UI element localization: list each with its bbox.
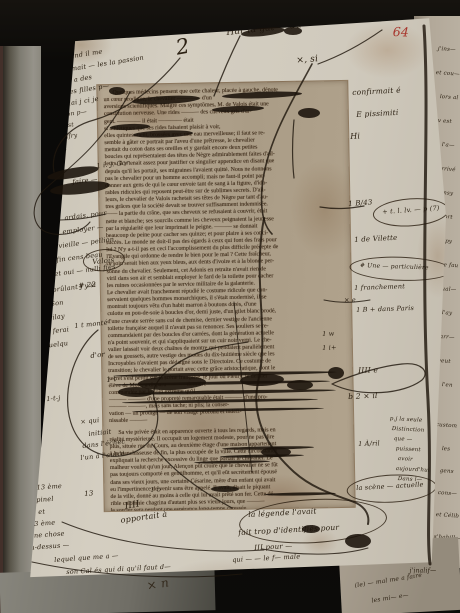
- adjacent-page-writing: arr—: [440, 334, 455, 341]
- bottom-margin-note: 3 ème: [34, 519, 56, 528]
- left-margin-note: + 1-t-j: [38, 394, 61, 404]
- right-margin-note: 1 de Vilette: [354, 234, 398, 244]
- left-margin-note: # 22: [78, 280, 96, 290]
- bottom-margin-note: opportait à: [120, 509, 168, 524]
- left-margin-note: d'or: [90, 350, 106, 360]
- left-margin-note: faire —: [72, 175, 98, 186]
- top-annotation: E pissimiti: [356, 108, 399, 119]
- book-photo: j'ins—et cou—lors alv estl'a—arrivéensyf…: [0, 0, 460, 613]
- top-annotation: Hi: [350, 131, 360, 141]
- adjacent-page-writing: gens: [440, 468, 454, 475]
- right-margin-note: p.j la seule: [390, 416, 423, 424]
- right-margin-note: 1 B + dans Paris: [356, 304, 414, 314]
- right-margin-note: 1 B∕43: [348, 198, 373, 208]
- adjacent-page-writing: les: [442, 446, 451, 453]
- left-margin-note: à ferai: [46, 325, 69, 336]
- sheet-number: 2: [174, 34, 192, 60]
- adjacent-page-writing: les mi— e—: [371, 592, 409, 605]
- left-margin-note: t. i. f: [40, 158, 56, 167]
- right-margin-note: que —: [394, 436, 413, 443]
- right-margin-note: aujourd'hui: [396, 466, 430, 474]
- adjacent-page-writing: et Célib: [436, 512, 460, 520]
- handwritten-x-mark: × n: [146, 575, 170, 592]
- right-margin-note: avoir: [398, 456, 413, 463]
- adjacent-page-writing: l'ay: [442, 310, 453, 317]
- printed-galley-text: Quelques médecins pensent que cette chal…: [96, 80, 355, 512]
- bottom-margin-note: 1 b: [150, 485, 162, 494]
- left-margin-note: quelqu: [44, 339, 69, 350]
- bottom-margin-note: qui — — le f— male: [232, 552, 300, 564]
- left-margin-note: employer —: [62, 223, 104, 236]
- left-margin-note: au est: [54, 121, 74, 131]
- bottom-margin-note: III pour —: [254, 542, 293, 552]
- top-annotation: confirmait é: [352, 85, 401, 97]
- adjacent-page-writing: cons—: [438, 490, 458, 497]
- top-annotation: Har la gat — du: [226, 20, 302, 38]
- top-annotation: Du plai j ci je: [52, 95, 99, 110]
- right-margin-note: 1 i+: [322, 343, 337, 352]
- corrected-proof-page: 64 2 Quelques médecins pensent que cette…: [26, 16, 446, 588]
- adjacent-page-writing: et cou—: [436, 70, 460, 78]
- right-margin-note: 1 w: [322, 330, 335, 338]
- adjacent-page-writing: j'inalif—: [410, 567, 437, 574]
- right-margin-note: IIII e: [358, 365, 378, 375]
- right-margin-note: Distinction: [392, 426, 425, 434]
- right-margin-note: 1 franchement: [354, 282, 405, 292]
- left-margin-note: Son: [50, 298, 64, 308]
- left-margin-note: peu fafry: [48, 132, 78, 143]
- adjacent-page-writing: custom: [436, 422, 458, 429]
- adjacent-page-writing: j'ins—: [438, 46, 456, 53]
- left-margin-note: le para: [44, 145, 67, 155]
- left-margin-note: 1 t: [106, 375, 117, 384]
- adjacent-page-writing: v est: [438, 118, 453, 125]
- left-margin-note: × qui: [80, 416, 100, 426]
- bottom-margin-note: pinel: [36, 495, 54, 504]
- right-margin-note: × e: [344, 296, 356, 304]
- adjacent-page-writing: l'en: [442, 382, 453, 389]
- left-margin-note: vilay: [48, 312, 65, 322]
- right-margin-note: b 2 × il: [348, 391, 378, 401]
- top-annotation: ×, si: [296, 54, 319, 66]
- adjacent-page-writing: l'a—: [442, 142, 455, 149]
- bottom-margin-note: 13: [84, 489, 94, 498]
- red-folio-number: 64: [392, 24, 409, 40]
- bottom-margin-note: lequel que me a —: [54, 552, 119, 564]
- right-margin-note: 1 À∕ril: [358, 439, 380, 448]
- left-margin-note: Mon p—: [60, 108, 87, 119]
- adjacent-page-writing: lors al: [440, 94, 459, 101]
- right-margin-note: puissent: [396, 446, 421, 453]
- bottom-margin-note: et: [38, 508, 45, 516]
